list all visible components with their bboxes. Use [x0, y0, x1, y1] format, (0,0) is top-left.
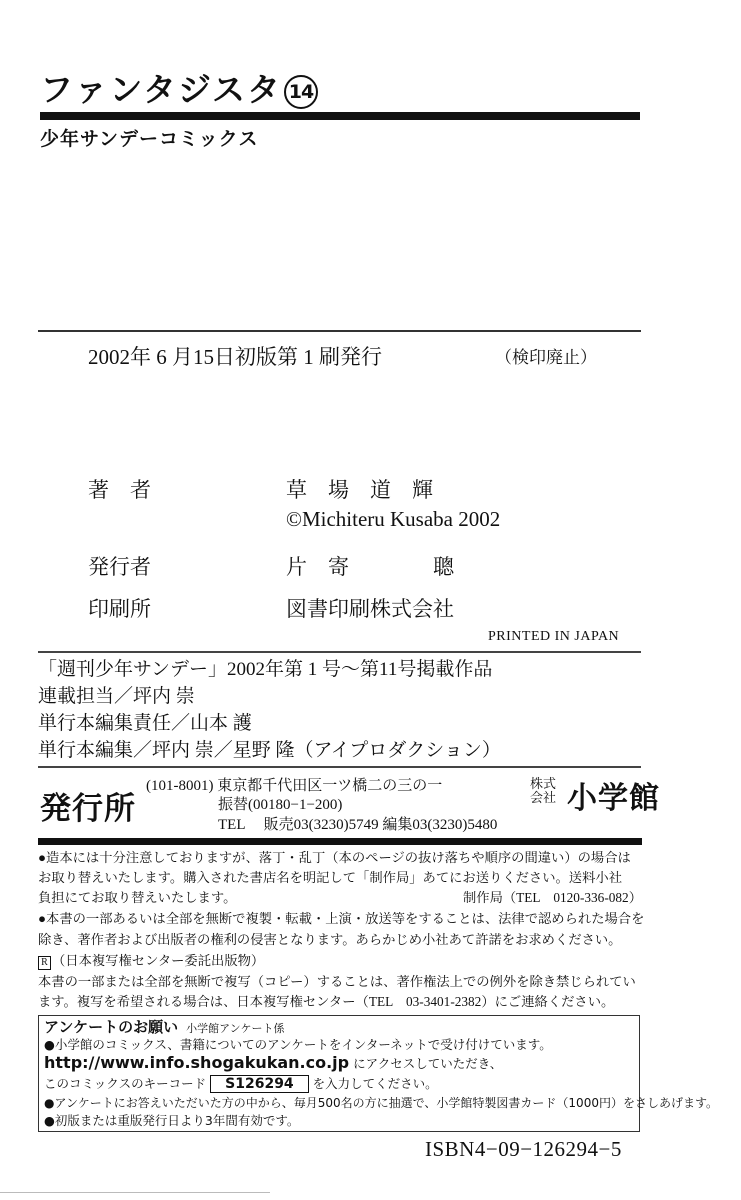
- publisher-label: 発行所: [40, 783, 136, 828]
- jrrc-notice-line-2: ます。複写を希望される場合は、日本複写権センター（TEL 03-3401-238…: [38, 992, 642, 1013]
- jrrc-label: （日本複写権センター委託出版物）: [52, 953, 264, 968]
- defect-notice-line-2: お取り替えいたします。購入された書店名を明記して「制作局」あてにお送りください。…: [38, 868, 642, 889]
- keycode-box: S126294: [210, 1075, 309, 1093]
- serialization-divider: [38, 766, 641, 768]
- survey-heading: アンケートのお願い小学館アンケート係: [44, 1016, 284, 1037]
- publisher-person-label: 発行者: [88, 551, 151, 581]
- publication-date: 2002年 6 月15日初版第 1 刷発行: [88, 341, 382, 371]
- publisher-tel: TEL 販売03(3230)5749 編集03(3230)5480: [218, 815, 497, 835]
- page-edge-line: [0, 1192, 270, 1193]
- jrrc-notice-line-1: 本書の一部または全部を無断で複写（コピー）することは、著作権法上での例外を除き禁…: [38, 972, 642, 993]
- jrrc-heading: R（日本複写権センター委託出版物）: [38, 951, 642, 972]
- printer-label: 印刷所: [88, 593, 151, 623]
- survey-keycode-line: このコミックスのキーコードS126294を入力してください。: [44, 1075, 438, 1093]
- author-label: 著 者: [88, 474, 151, 504]
- serial-editor: 連載担当／坪内 崇: [38, 684, 195, 710]
- publisher-address: (101-8001) 東京都千代田区一ツ橋二の三の一: [146, 776, 442, 796]
- survey-url-link[interactable]: http://www.info.shogakukan.co.jp: [44, 1053, 349, 1072]
- serialization-source: 「週刊少年サンデー」2002年第 1 号～第11号掲載作品: [38, 657, 492, 683]
- printed-in-japan: PRINTED IN JAPAN: [488, 629, 619, 645]
- isbn: ISBN4−09−126294−5: [425, 1137, 622, 1162]
- copyright-notice-line-2: 除き、著作者および出版者の権利の侵害となります。あらかじめ小社あて許諾をお求めく…: [38, 930, 642, 951]
- publisher-person-name: 片 寄 聰: [286, 551, 454, 581]
- publisher-company: 小学館: [567, 773, 660, 817]
- survey-line-4: ●アンケートにお答えいただいた方の中から、毎月500名の方に抽選で、小学館特製図…: [44, 1094, 718, 1112]
- survey-url-suffix: にアクセスしていただき、: [349, 1056, 502, 1071]
- volume-editors: 単行本編集／坪内 崇／星野 隆（アイプロダクション）: [38, 738, 501, 764]
- survey-department: 小学館アンケート係: [186, 1022, 284, 1035]
- edition-divider: [38, 330, 641, 332]
- title-rule: [40, 112, 640, 120]
- survey-title: アンケートのお願い: [44, 1018, 178, 1036]
- series-name: 少年サンデーコミックス: [40, 124, 258, 151]
- survey-line-5: ●初版または重版発行日より3年間有効です。: [44, 1112, 299, 1130]
- defect-notice-line-1: ●造本には十分注意しておりますが、落丁・乱丁（本のページの抜け落ちや順序の間違い…: [38, 848, 642, 869]
- copyright-line: ©Michiteru Kusaba 2002: [286, 507, 500, 532]
- company-type: 株式 会社: [530, 777, 556, 805]
- keycode-prefix: このコミックスのキーコード: [44, 1076, 206, 1091]
- volume-editor-chief: 単行本編集責任／山本 護: [38, 711, 252, 737]
- company-type-bottom: 会社: [530, 791, 556, 805]
- survey-url-line: http://www.info.shogakukan.co.jp にアクセスして…: [44, 1053, 502, 1072]
- book-title-text: ファンタジスタ: [40, 70, 282, 109]
- copyright-notice-line-1: ●本書の一部あるいは全部を無断で複製・転載・上演・放送等をすることは、法律で認め…: [38, 909, 642, 930]
- credits-divider: [38, 651, 641, 653]
- company-type-top: 株式: [530, 777, 556, 791]
- book-title: ファンタジスタ14: [40, 70, 318, 110]
- seal-note: （検印廃止）: [495, 343, 597, 368]
- jrrc-r-icon: R: [38, 956, 51, 970]
- defect-contact: 制作局（TEL 0120-336-082）: [38, 888, 642, 909]
- publisher-transfer: 振替(00180−1−200): [218, 795, 342, 815]
- keycode-suffix: を入力してください。: [313, 1076, 438, 1091]
- survey-line-1: ●小学館のコミックス、書籍についてのアンケートをインターネットで受け付けています…: [44, 1036, 552, 1054]
- volume-number-badge: 14: [284, 75, 318, 109]
- publisher-divider: [38, 838, 642, 845]
- author-name: 草 場 道 輝: [286, 474, 433, 504]
- printer-name: 図書印刷株式会社: [286, 593, 454, 623]
